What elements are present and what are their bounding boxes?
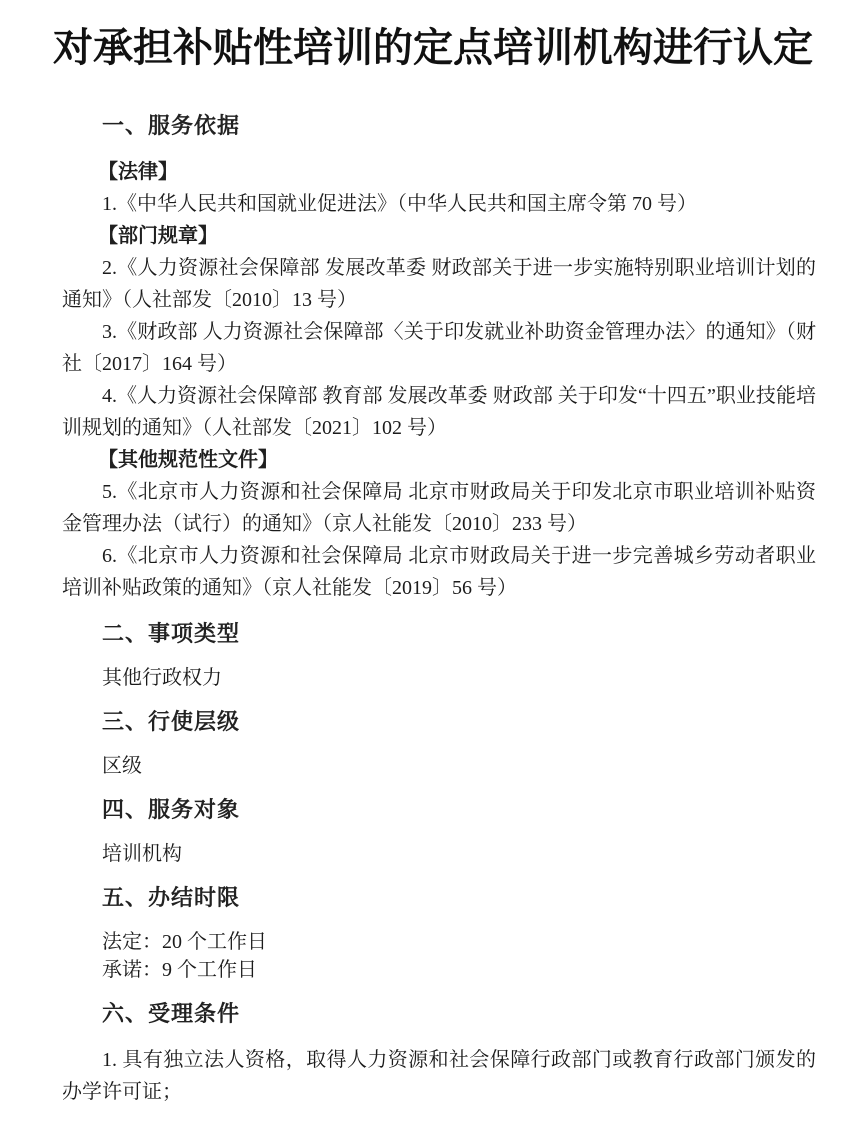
section-heading-time-limit: 五、办结时限 — [62, 884, 816, 912]
legal-citation: 2.《人力资源社会保障部 发展改革委 财政部关于进一步实施特别职业培训计划的通知… — [62, 252, 816, 316]
legal-category-label: 【其他规范性文件】 — [62, 444, 816, 476]
section-body-acceptance-conditions: 1. 具有独立法人资格，取得人力资源和社会保障行政部门或教育行政部门颁发的办学许… — [62, 1044, 816, 1108]
section-body-item-type: 其他行政权力 — [62, 664, 816, 692]
promised-time-limit-line: 承诺：9 个工作日 — [62, 956, 816, 984]
section-body-service-basis: 【法律】 1.《中华人民共和国就业促进法》（中华人民共和国主席令第 70 号） … — [62, 156, 816, 604]
legal-citation: 6.《北京市人力资源和社会保障局 北京市财政局关于进一步完善城乡劳动者职业培训补… — [62, 540, 816, 604]
legal-citation: 5.《北京市人力资源和社会保障局 北京市财政局关于印发北京市职业培训补贴资金管理… — [62, 476, 816, 540]
section-body-exercise-level: 区级 — [62, 752, 816, 780]
legal-citation: 4.《人力资源社会保障部 教育部 发展改革委 财政部 关于印发“十四五”职业技能… — [62, 380, 816, 444]
legal-category-label: 【法律】 — [62, 156, 816, 188]
section-heading-item-type: 二、事项类型 — [62, 620, 816, 648]
acceptance-condition-item: 1. 具有独立法人资格，取得人力资源和社会保障行政部门或教育行政部门颁发的办学许… — [62, 1044, 816, 1108]
section-body-line: 其他行政权力 — [62, 664, 816, 692]
page-title: 对承担补贴性培训的定点培训机构进行认定 — [0, 20, 866, 76]
section-body-time-limit: 法定：20 个工作日 承诺：9 个工作日 — [62, 928, 816, 984]
section-heading-exercise-level: 三、行使层级 — [62, 708, 816, 736]
statutory-time-limit-line: 法定：20 个工作日 — [62, 928, 816, 956]
legal-category-label: 【部门规章】 — [62, 220, 816, 252]
section-heading-acceptance-conditions: 六、受理条件 — [62, 1000, 816, 1028]
section-body-line: 培训机构 — [62, 840, 816, 868]
document-page: 对承担补贴性培训的定点培训机构进行认定 一、服务依据 【法律】 1.《中华人民共… — [0, 0, 866, 1124]
legal-citation: 1.《中华人民共和国就业促进法》（中华人民共和国主席令第 70 号） — [62, 188, 816, 220]
section-body-line: 区级 — [62, 752, 816, 780]
section-heading-service-basis: 一、服务依据 — [62, 112, 816, 140]
legal-citation: 3.《财政部 人力资源社会保障部〈关于印发就业补助资金管理办法〉的通知》（财社〔… — [62, 316, 816, 380]
section-body-service-target: 培训机构 — [62, 840, 816, 868]
document-content: 一、服务依据 【法律】 1.《中华人民共和国就业促进法》（中华人民共和国主席令第… — [0, 112, 866, 1108]
section-heading-service-target: 四、服务对象 — [62, 796, 816, 824]
